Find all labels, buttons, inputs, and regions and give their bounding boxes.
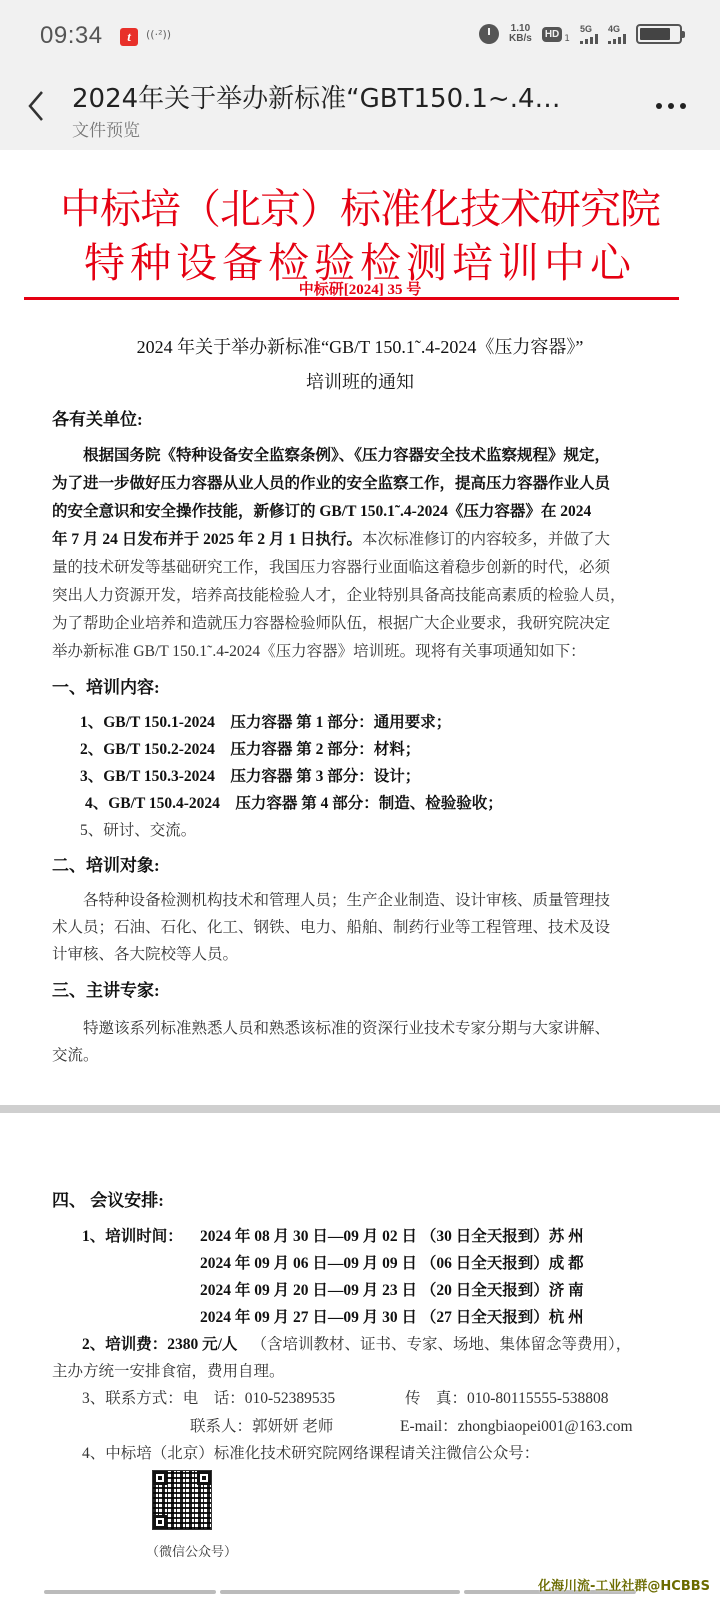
- more-dot-icon: [656, 103, 662, 109]
- hotspot-icon: ((·²)): [146, 28, 171, 41]
- training-item: 3、GB/T 150.3-2024 压力容器 第 3 部分：设计；: [80, 764, 420, 786]
- audience-line: 术人员；石油、石化、化工、钢铁、电力、船舶、制药行业等工程管理、技术及设: [52, 915, 610, 937]
- training-item: 5、研讨、交流。: [80, 818, 196, 840]
- status-bar: 09:34 t ((·²)) 1.10 KB/s HD 1 5G 4G: [0, 0, 720, 72]
- page-separator: [0, 1105, 720, 1113]
- signal-5g-icon: 5G: [580, 25, 598, 44]
- fee-line: 2、培训费：2380 元/人（含培训教材、证书、专家、场地、集体留念等费用），: [82, 1332, 631, 1354]
- app-notification-icon: t: [120, 28, 138, 46]
- audience-line: 计审核、各大院校等人员。: [52, 942, 238, 964]
- document-subtitle: 文件预览: [72, 116, 140, 141]
- status-time: 09:34: [40, 22, 103, 50]
- audience-line: 各特种设备检测机构技术和管理人员；生产企业制造、设计审核、质量管理技: [52, 888, 610, 910]
- intro-line: 量的技术研发等基础研究工作，我国压力容器行业面临这着稳步创新的时代，必须: [52, 555, 610, 577]
- alarm-icon: [479, 24, 499, 44]
- schedule-row: 2024 年 09 月 27 日—09 月 30 日 （27 日全天报到）杭 州: [200, 1305, 584, 1327]
- network-speed: 1.10 KB/s: [509, 24, 532, 44]
- notice-title-line-1: 2024 年关于举办新标准“GB/T 150.1˜.4-2024《压力容器》”: [0, 333, 720, 359]
- signal-5g-label: 5G: [580, 25, 592, 34]
- letterhead-divider: [24, 297, 679, 300]
- more-dot-icon: [668, 103, 674, 109]
- wechat-line: 4、中标培（北京）标准化技术研究院网络课程请关注微信公众号：: [82, 1441, 539, 1463]
- network-speed-unit: KB/s: [509, 34, 532, 44]
- training-item: 4、GB/T 150.4-2024 压力容器 第 4 部分：制造、检验验收；: [85, 791, 503, 813]
- qr-finder-icon: [153, 1471, 167, 1485]
- experts-line: 交流。: [52, 1043, 99, 1065]
- back-button[interactable]: [22, 86, 52, 126]
- intro-line-regular: 本次标准修订的内容较多，并做了大: [362, 531, 610, 548]
- intro-line: 突出人力资源开发，培养高技能检验人才，企业特别具备高技能高素质的检验人员，: [52, 583, 626, 605]
- training-item: 2、GB/T 150.2-2024 压力容器 第 2 部分：材料；: [80, 737, 420, 759]
- contact-person: 联系人：郭妍妍 老师: [190, 1414, 333, 1436]
- qr-caption: （微信公众号）: [146, 1541, 237, 1560]
- hd-voice-sub: 1: [564, 34, 570, 44]
- intro-line: 为了进一步做好压力容器从业人员的作业的安全监察工作，提高压力容器作业人员: [52, 471, 610, 493]
- document-title: 2024年关于举办新标准“GBT150.1~.4…: [72, 78, 612, 115]
- section-heading-audience: 二、培训对象:: [52, 851, 160, 876]
- letterhead-line-1: 中标培（北京）标准化技术研究院: [0, 176, 720, 235]
- section-heading-meeting: 四、 会议安排:: [52, 1186, 164, 1211]
- qr-code-image[interactable]: [152, 1470, 212, 1530]
- fee-note-2: 主办方统一安排食宿，费用自理。: [52, 1359, 285, 1381]
- fee-amount: 2、培训费：2380 元/人: [82, 1336, 237, 1353]
- watermark: 化海川流-工业社群@HCBBS: [538, 1575, 710, 1594]
- hd-voice-icon: HD: [542, 27, 562, 42]
- contact-email[interactable]: E-mail：zhongbiaopei001@163.com: [400, 1414, 633, 1436]
- qr-finder-icon: [153, 1515, 167, 1529]
- schedule-row: 2024 年 09 月 06 日—09 月 09 日 （06 日全天报到）成 都: [200, 1251, 584, 1273]
- experts-line: 特邀该系列标准熟悉人员和熟悉该标准的资深行业技术专家分期与大家讲解、: [52, 1016, 610, 1038]
- signal-4g-icon: 4G: [608, 25, 626, 44]
- contact-fax: 传 真：010-80115555-538808: [405, 1386, 609, 1408]
- intro-line: 年 7 月 24 日发布并于 2025 年 2 月 1 日执行。本次标准修订的内…: [52, 527, 610, 549]
- section-heading-training-content: 一、培训内容:: [52, 673, 160, 698]
- status-icons: 1.10 KB/s HD 1 5G 4G: [479, 24, 682, 44]
- signal-4g-label: 4G: [608, 25, 620, 34]
- intro-line-bold: 年 7 月 24 日发布并于 2025 年 2 月 1 日执行。: [52, 531, 362, 548]
- schedule-row: 2024 年 09 月 20 日—09 月 23 日 （20 日全天报到）济 南: [200, 1278, 584, 1300]
- notice-title-line-2: 培训班的通知: [0, 368, 720, 394]
- section-heading-experts: 三、主讲专家:: [52, 976, 160, 1001]
- schedule-label: 1、培训时间：: [82, 1224, 183, 1246]
- intro-line: 根据国务院《特种设备安全监察条例》、《压力容器安全技术监察规程》规定，: [52, 443, 610, 465]
- intro-line: 的安全意识和安全操作技能，新修订的 GB/T 150.1˜.4-2024《压力容…: [52, 499, 591, 521]
- title-bar: 2024年关于举办新标准“GBT150.1~.4… 文件预览: [0, 72, 720, 150]
- schedule-row: 2024 年 08 月 30 日—09 月 02 日 （30 日全天报到）苏 州: [200, 1224, 584, 1246]
- document-page-1[interactable]: 中标培（北京）标准化技术研究院 特种设备检验检测培训中心 中标研[2024] 3…: [0, 150, 720, 1105]
- contact-phone: 3、联系方式：电 话：010-52389535: [82, 1386, 335, 1408]
- chevron-left-icon: [22, 86, 52, 126]
- more-options-button[interactable]: [656, 94, 692, 118]
- qr-finder-icon: [197, 1471, 211, 1485]
- battery-icon: [636, 24, 682, 44]
- intro-line: 为了帮助企业培养和造就压力容器检验师队伍，根据广大企业要求，我研究院决定: [52, 611, 610, 633]
- intro-line: 举办新标准 GB/T 150.1˜.4-2024《压力容器》培训班。现将有关事项…: [52, 639, 586, 661]
- fee-note: （含培训教材、证书、专家、场地、集体留念等费用），: [251, 1336, 631, 1353]
- more-dot-icon: [680, 103, 686, 109]
- document-page-2[interactable]: 四、 会议安排: 1、培训时间： 2024 年 08 月 30 日—09 月 0…: [0, 1113, 720, 1600]
- training-item: 1、GB/T 150.1-2024 压力容器 第 1 部分：通用要求；: [80, 710, 451, 732]
- salutation: 各有关单位:: [52, 405, 143, 430]
- document-number: 中标研[2024] 35 号: [0, 278, 720, 299]
